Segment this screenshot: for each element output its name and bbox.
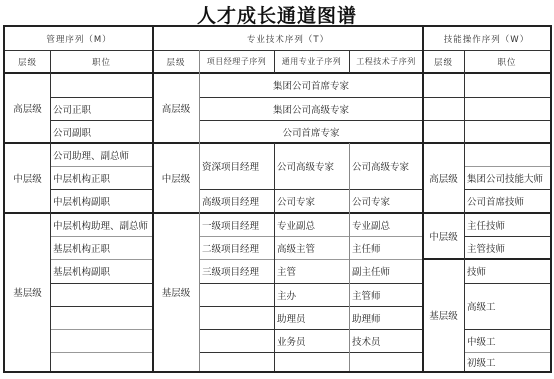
- t-engineering: 公司专家: [349, 189, 423, 213]
- grid-line: [464, 283, 550, 284]
- grid-line: [349, 143, 350, 371]
- t-pm: 一级项目经理: [199, 213, 274, 236]
- col-m-level: 层级: [5, 50, 50, 73]
- t-pm: [199, 329, 274, 352]
- grid-line: [50, 352, 153, 353]
- col-m-position: 职位: [50, 50, 153, 73]
- grid-line: [199, 50, 200, 371]
- grid-line: [199, 306, 423, 307]
- w-position: 主任技师: [464, 213, 550, 236]
- grid-line: [423, 120, 550, 121]
- w-level-base: 基层级: [423, 259, 464, 371]
- m-position: 中层机构助理、副总师: [50, 213, 153, 236]
- w-position: 集团公司技能大师: [464, 166, 550, 189]
- grid-line: [5, 212, 423, 214]
- m-position: 公司副职: [50, 120, 153, 143]
- grid-line: [5, 50, 550, 51]
- grid-line: [50, 166, 153, 167]
- grid-line: [199, 236, 423, 237]
- t-pm: 资深项目经理: [199, 143, 274, 189]
- header-technical: 专业技术序列（T）: [153, 27, 423, 50]
- grid-line: [199, 259, 423, 260]
- m-position: 基层机构副职: [50, 259, 153, 283]
- grid-line: [423, 97, 550, 98]
- w-level-high: 高层级: [423, 143, 464, 213]
- w-position: 高级工: [464, 283, 550, 329]
- t-engineering: 主任师: [349, 236, 423, 259]
- m-level-mid: 中层级: [5, 143, 50, 213]
- w-position: 技师: [464, 259, 550, 283]
- grid-line: [422, 27, 424, 371]
- col-t-level: 层级: [153, 50, 199, 73]
- grid-line: [50, 50, 51, 371]
- grid-line: [464, 50, 465, 371]
- grid-line: [199, 120, 423, 121]
- col-w-level: 层级: [423, 50, 464, 73]
- grid-line: [50, 236, 153, 237]
- grid-line: [464, 166, 550, 167]
- t-general: 业务员: [274, 329, 349, 352]
- grid-line: [464, 352, 550, 353]
- grid-line: [5, 142, 550, 144]
- grid-line: [349, 50, 350, 73]
- t-level-base: 基层级: [153, 213, 199, 371]
- col-t-general: 通用专业子序列: [274, 50, 349, 73]
- t-general: 助理员: [274, 306, 349, 329]
- w-position: 初级工: [464, 352, 550, 371]
- grid-line: [199, 189, 423, 190]
- grid-line: [199, 97, 423, 98]
- grid-line: [464, 329, 550, 330]
- t-pm: 高级项目经理: [199, 189, 274, 213]
- t-level-mid: 中层级: [153, 143, 199, 213]
- t-pm: 三级项目经理: [199, 259, 274, 283]
- talent-growth-table: 管理序列（M） 专业技术序列（T） 技能操作序列（W） 层级 职位 层级 项目经…: [3, 25, 552, 373]
- t-general: 主办: [274, 283, 349, 306]
- m-position: 中层机构副职: [50, 189, 153, 213]
- t-level-high: 高层级: [153, 73, 199, 143]
- t-engineering: 公司高级专家: [349, 143, 423, 189]
- grid-line: [5, 72, 550, 74]
- w-position: 主管技师: [464, 236, 550, 259]
- t-general: 专业副总: [274, 213, 349, 236]
- m-position: 基层机构正职: [50, 236, 153, 259]
- grid-line: [199, 283, 423, 284]
- grid-line: [50, 97, 153, 98]
- grid-line: [50, 329, 153, 330]
- w-level-mid: 中层级: [423, 213, 464, 259]
- grid-line: [464, 236, 550, 237]
- col-t-engineering: 工程技术子序列: [349, 50, 423, 73]
- grid-line: [464, 189, 550, 190]
- t-pm: 二级项目经理: [199, 236, 274, 259]
- header-skill: 技能操作序列（W）: [423, 27, 550, 50]
- t-high-merged: 集团公司高级专家: [199, 97, 423, 120]
- t-engineering: 技术员: [349, 329, 423, 352]
- col-t-pm: 项目经理子序列: [199, 50, 274, 73]
- grid-line: [274, 50, 275, 73]
- t-general: 主管: [274, 259, 349, 283]
- grid-line: [423, 212, 550, 214]
- grid-line: [199, 329, 423, 330]
- m-position: 公司正职: [50, 97, 153, 120]
- grid-line: [50, 283, 153, 284]
- w-position: 公司首席技师: [464, 189, 550, 213]
- grid-line: [50, 120, 153, 121]
- grid-line: [423, 258, 550, 260]
- grid-line: [50, 189, 153, 190]
- t-engineering: 副主任师: [349, 259, 423, 283]
- t-engineering: 助理师: [349, 306, 423, 329]
- t-high-merged: 集团公司首席专家: [199, 73, 423, 97]
- header-management: 管理序列（M）: [5, 27, 153, 50]
- t-general: 高级主管: [274, 236, 349, 259]
- t-pm: [199, 283, 274, 306]
- col-w-position: 职位: [464, 50, 550, 73]
- t-general: 公司专家: [274, 189, 349, 213]
- t-high-merged: 公司首席专家: [199, 120, 423, 143]
- m-level-base: 基层级: [5, 213, 50, 371]
- t-engineering: 主管师: [349, 283, 423, 306]
- page-title: 人才成长通道图谱: [0, 1, 554, 28]
- grid-line: [199, 352, 423, 353]
- w-position: 中级工: [464, 329, 550, 352]
- m-position: [50, 73, 153, 97]
- grid-line: [50, 306, 153, 307]
- t-pm: [199, 306, 274, 329]
- grid-line: [274, 143, 275, 371]
- w-position: [464, 143, 550, 166]
- t-general: 公司高级专家: [274, 143, 349, 189]
- grid-line: [50, 259, 153, 260]
- t-engineering: 专业副总: [349, 213, 423, 236]
- m-level-high: 高层级: [5, 73, 50, 143]
- m-position: 公司助理、副总师: [50, 143, 153, 166]
- m-position: 中层机构正职: [50, 166, 153, 189]
- grid-line: [152, 27, 154, 371]
